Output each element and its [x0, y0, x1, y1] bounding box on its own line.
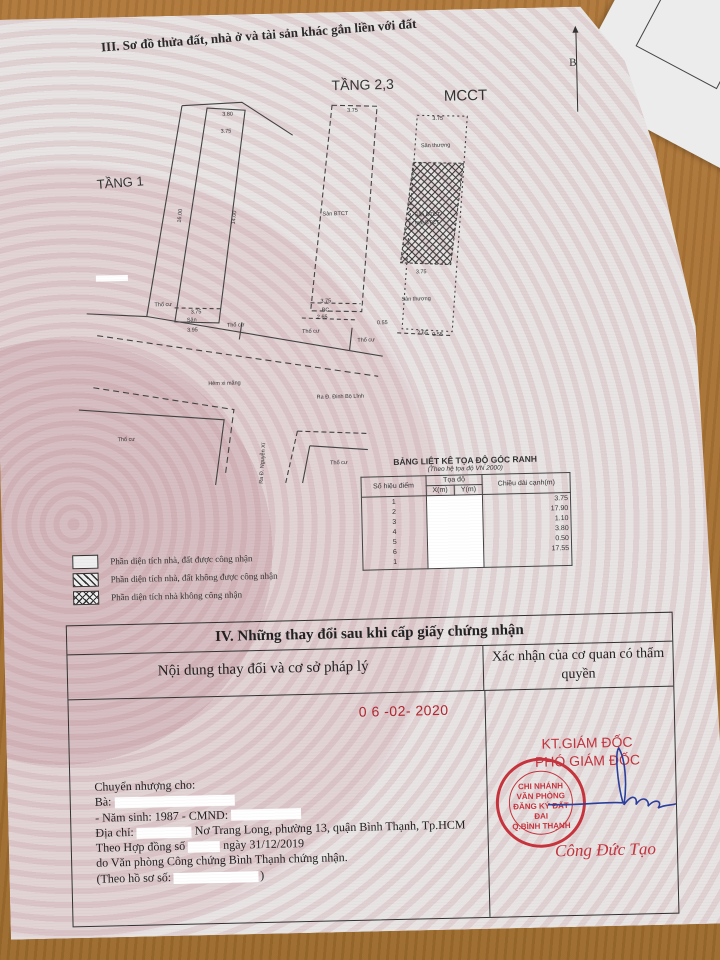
svg-text:BC: BC: [322, 307, 330, 313]
legend-hatch-swatch: [73, 573, 99, 588]
legend-item: Phần diện tích nhà không công nhận: [73, 585, 278, 608]
svg-text:3.75: 3.75: [320, 298, 331, 304]
svg-text:Thổ cư: Thổ cư: [330, 459, 348, 466]
svg-text:2.65: 2.65: [417, 330, 428, 336]
redacted-file-number: [173, 871, 258, 884]
edge-lengths: 3.7517.901.103.800.5017.55: [483, 492, 572, 567]
svg-text:Hẻm xi măng: Hẻm xi măng: [208, 380, 241, 387]
signer-name: Công Đức Tạo: [555, 839, 656, 861]
svg-text:mái BTCT: mái BTCT: [415, 220, 441, 227]
svg-text:0.55: 0.55: [377, 320, 388, 326]
redacted-id: [231, 808, 301, 821]
column-header-confirmation: Xác nhận của cơ quan có thẩm quyền: [483, 642, 673, 690]
svg-text:3.75: 3.75: [221, 129, 232, 135]
svg-text:3.75: 3.75: [432, 116, 443, 122]
coordinate-table: BẢNG LIỆT KÊ TỌA ĐỘ GÓC RANH (Theo hệ tọ…: [360, 453, 573, 571]
svg-text:Sàn BTCT: Sàn BTCT: [322, 211, 348, 218]
legend: Phần diện tích nhà, đất được công nhận P…: [72, 549, 278, 608]
svg-text:Sân thượng: Sân thượng: [421, 143, 450, 150]
svg-text:Sàn BTCT-: Sàn BTCT-: [414, 212, 441, 219]
redacted-house-number: [137, 826, 192, 838]
svg-text:Thổ cư: Thổ cư: [117, 436, 135, 443]
svg-text:2.65: 2.65: [317, 314, 328, 320]
redaction-block: [96, 275, 128, 282]
signature-icon: [537, 742, 679, 835]
legend-crosshatch-swatch: [73, 591, 99, 606]
redacted-contract-number: [188, 841, 220, 853]
svg-text:3.95: 3.95: [187, 327, 198, 333]
land-certificate-page: III. Sơ đồ thửa đất, nhà ở và tài sản kh…: [0, 4, 720, 940]
svg-text:3.75: 3.75: [416, 269, 427, 275]
svg-text:Ra Đ. Đinh Bộ Lĩnh: Ra Đ. Đinh Bộ Lĩnh: [317, 394, 365, 401]
svg-text:3.75: 3.75: [191, 309, 202, 315]
svg-text:Ra Đ. Nguyễn Xí: Ra Đ. Nguyễn Xí: [258, 442, 268, 484]
legend-blank-swatch: [72, 555, 98, 570]
change-content: Chuyển nhượng cho: Bà: - Năm sinh: 1987 …: [94, 771, 466, 886]
svg-text:3.75: 3.75: [347, 108, 358, 114]
svg-text:Thổ cư: Thổ cư: [227, 321, 245, 328]
point-numbers: 1234561: [361, 496, 427, 570]
section-4-changes-table: IV. Những thay đổi sau khi cấp giấy chứn…: [66, 612, 680, 928]
dim-label: 3.80: [222, 112, 233, 118]
change-date-stamp: 0 6 -02- 2020: [359, 702, 449, 720]
svg-text:Sân: Sân: [187, 317, 197, 323]
svg-text:16.00: 16.00: [177, 209, 185, 223]
svg-text:14.00: 14.00: [231, 210, 239, 224]
redacted-name: [114, 795, 234, 809]
svg-text:Thổ cư: Thổ cư: [357, 336, 375, 343]
svg-text:0.55: 0.55: [432, 332, 443, 338]
svg-text:Sân thượng: Sân thượng: [401, 296, 430, 303]
redacted-coordinates: [426, 494, 484, 568]
svg-text:Thổ cư: Thổ cư: [302, 328, 320, 335]
svg-text:Thổ cư: Thổ cư: [154, 301, 172, 308]
